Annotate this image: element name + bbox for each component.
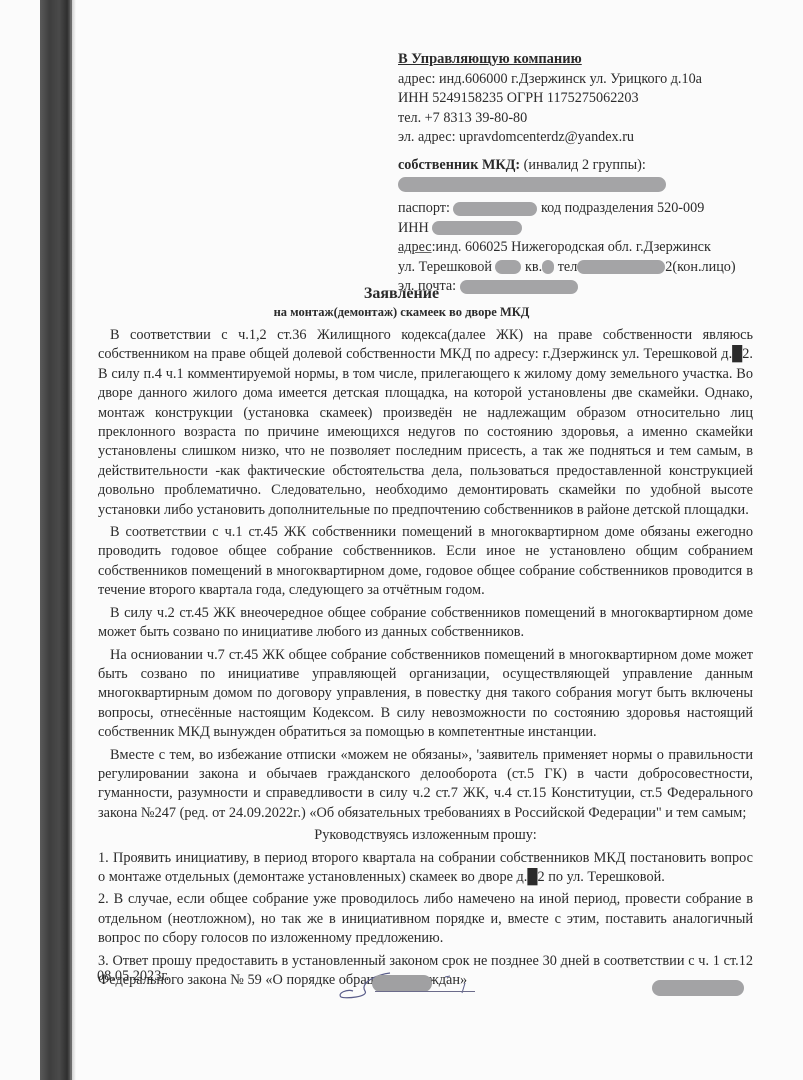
redacted-signature <box>372 975 432 992</box>
recipient-address: адрес: инд.606000 г.Дзержинск ул. Урицко… <box>398 70 798 90</box>
request-heading: Руководствуясь изложенным прошу: <box>98 826 753 845</box>
addressee-block: В Управляющую компанию адрес: инд.606000… <box>398 50 798 297</box>
request-item: 2. В случае, если общее собрание уже про… <box>98 890 753 948</box>
document-date: 08.05.2023г. <box>97 968 169 985</box>
recipient-email: эл. адрес: upravdomcenterdz@yandex.ru <box>398 128 798 148</box>
recipient-title: В Управляющую компанию <box>398 50 798 70</box>
paragraph: В соответствии с ч.1 ст.45 ЖК собственни… <box>98 523 753 601</box>
address-label: адрес <box>398 239 432 255</box>
address-value: :инд. 606025 Нижегородская обл. г.Дзержи… <box>432 239 711 255</box>
inn-label: ИНН <box>398 220 429 236</box>
redacted-passport <box>453 202 537 216</box>
redacted-phone <box>577 260 665 274</box>
paragraph: На осниовании ч.7 ст.45 ЖК общее собрани… <box>98 646 753 743</box>
apt-label: кв. <box>525 259 542 275</box>
paragraph: В силу ч.2 ст.45 ЖК внеочередное общее с… <box>98 604 753 643</box>
sender-owner: собственник МКД: (инвалид 2 группы): <box>398 156 798 176</box>
phone-suffix: 2(кон.лицо) <box>665 259 735 275</box>
passport-code: код подразделения 520-009 <box>541 200 704 216</box>
recipient-phone: тел. +7 8313 39-80-80 <box>398 109 798 129</box>
redacted-signer-name <box>652 980 744 996</box>
inn-line: ИНН <box>398 219 798 239</box>
recipient-ids: ИНН 5249158235 ОГРН 1175275062203 <box>398 89 798 109</box>
street: ул. Терешковой <box>398 259 492 275</box>
redacted-name <box>398 177 666 192</box>
owner-label: собственник МКД: <box>398 157 520 173</box>
street-line: ул. Терешковой кв. тел2(кон.лицо) <box>398 258 798 278</box>
owner-note: (инвалид 2 группы): <box>524 157 646 173</box>
owner-name-line <box>398 175 798 199</box>
redacted-inn <box>432 221 522 235</box>
paragraph: В соответствии с ч.1,2 ст.36 Жилищного к… <box>98 326 753 520</box>
passport-line: паспорт: код подразделения 520-009 <box>398 199 798 219</box>
redacted-apt <box>542 260 554 274</box>
request-item: 1. Проявить инициативу, в период второго… <box>98 849 753 888</box>
paragraph: Вместе с тем, во избежание отписки «може… <box>98 746 753 824</box>
document-title: Заявление <box>0 285 803 303</box>
scan-border <box>40 0 72 1080</box>
signature-line <box>375 991 475 992</box>
redacted-house <box>495 260 521 274</box>
document-subtitle: на монтаж(демонтаж) скамеек во дворе МКД <box>0 305 803 320</box>
passport-label: паспорт: <box>398 200 450 216</box>
phone-label: тел <box>558 259 578 275</box>
document-body: В соответствии с ч.1,2 ст.36 Жилищного к… <box>98 326 753 993</box>
address-line: адрес:инд. 606025 Нижегородская обл. г.Д… <box>398 238 798 258</box>
